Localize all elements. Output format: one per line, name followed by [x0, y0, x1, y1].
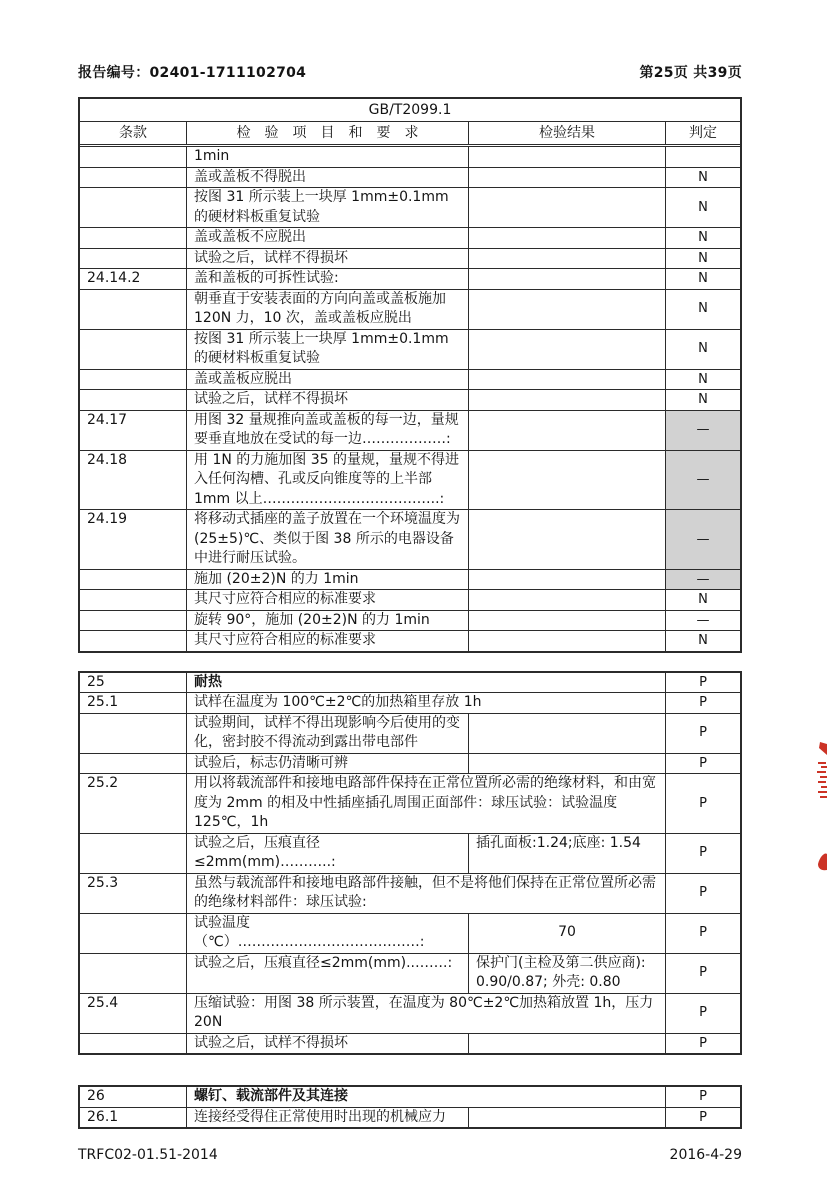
- clause-cell: 25.4: [80, 994, 186, 1033]
- verdict-cell: P: [665, 834, 740, 873]
- table-row: 试验之后，试样不得损坏N: [80, 389, 740, 410]
- table-row: 25.4压缩试验：用图 38 所示装置，在温度为 80℃±2℃加热箱放置 1h，…: [80, 993, 740, 1033]
- clause-cell: [80, 754, 186, 774]
- table-row: 施加 (20±2)N 的力 1min—: [80, 569, 740, 590]
- verdict-cell: P: [665, 954, 740, 993]
- item-cell: 试验后，标志仍清晰可辨: [186, 754, 468, 774]
- clause-cell: 24.14.2: [80, 269, 186, 289]
- verdict-cell: N: [665, 390, 740, 410]
- table-row: 其尺寸应符合相应的标准要求N: [80, 630, 740, 651]
- clause-cell: [80, 290, 186, 329]
- verdict-cell: —: [665, 611, 740, 631]
- result-cell: [468, 269, 665, 289]
- result-cell: [468, 590, 665, 610]
- verdict-cell: —: [665, 411, 740, 450]
- table-row: 按图 31 所示装上一块厚 1mm±0.1mm 的硬材料板重复试验N: [80, 187, 740, 227]
- table-row: 25.1试样在温度为 100℃±2℃的加热箱里存放 1hP: [80, 692, 740, 713]
- result-cell: [468, 188, 665, 227]
- item-cell: 朝垂直于安装表面的方向向盖或盖板施加 120N 力，10 次，盖或盖板应脱出: [186, 290, 468, 329]
- verdict-cell: —: [665, 451, 740, 510]
- item-cell: 试样在温度为 100℃±2℃的加热箱里存放 1h: [186, 693, 665, 713]
- table-row: 24.19将移动式插座的盖子放置在一个环境温度为(25±5)℃、类似于图 38 …: [80, 509, 740, 569]
- clause-cell: 26: [80, 1087, 186, 1107]
- verdict-cell: P: [665, 1087, 740, 1107]
- verdict-cell: N: [665, 370, 740, 390]
- table-row: 试验后，标志仍清晰可辨P: [80, 753, 740, 774]
- result-cell: [468, 1108, 665, 1128]
- clause-cell: [80, 631, 186, 651]
- verdict-cell: —: [665, 510, 740, 569]
- clause-cell: [80, 714, 186, 753]
- item-cell: 用图 32 量规推向盖或盖板的每一边，量规要垂直地放在受试的每一边………………:: [186, 411, 468, 450]
- result-cell: [468, 290, 665, 329]
- clause-cell: [80, 590, 186, 610]
- clause-cell: 25.3: [80, 874, 186, 913]
- report-date: 2016-4-29: [670, 1147, 742, 1163]
- verdict-cell: P: [665, 874, 740, 913]
- verdict-cell: N: [665, 631, 740, 651]
- column-header-clause: 条款: [80, 122, 186, 144]
- item-cell: 盖或盖板应脱出: [186, 370, 468, 390]
- table-row: 旋转 90°，施加 (20±2)N 的力 1min—: [80, 610, 740, 631]
- item-cell: 按图 31 所示装上一块厚 1mm±0.1mm 的硬材料板重复试验: [186, 330, 468, 369]
- clause-cell: 24.17: [80, 411, 186, 450]
- result-cell: [468, 570, 665, 590]
- table-body: 25耐热P25.1试样在温度为 100℃±2℃的加热箱里存放 1hP试验期间，试…: [80, 673, 740, 1054]
- report-number: 报告编号：02401-1711102704: [78, 62, 306, 82]
- verdict-cell: —: [665, 570, 740, 590]
- verdict-cell: N: [665, 228, 740, 248]
- table-row: 25.2用以将载流部件和接地电路部件保持在正常位置所必需的绝缘材料，和由宽度为 …: [80, 773, 740, 833]
- item-cell: 压缩试验：用图 38 所示装置，在温度为 80℃±2℃加热箱放置 1h，压力 2…: [186, 994, 665, 1033]
- clause-cell: 25: [80, 673, 186, 693]
- clause-cell: [80, 168, 186, 188]
- table-row: 试验之后，试样不得损坏P: [80, 1033, 740, 1054]
- clause-cell: 26.1: [80, 1108, 186, 1128]
- verdict-cell: N: [665, 269, 740, 289]
- clause-cell: 25.1: [80, 693, 186, 713]
- result-cell: [468, 631, 665, 651]
- table-row: 1min: [80, 147, 740, 167]
- table-row: 盖或盖板应脱出N: [80, 369, 740, 390]
- item-cell: 试验之后，试样不得损坏: [186, 1034, 468, 1054]
- result-cell: [468, 451, 665, 510]
- clause-cell: [80, 390, 186, 410]
- item-cell: 试验温度（℃）…………………………………:: [186, 914, 468, 953]
- item-cell: 用 1N 的力施加图 35 的量规，量规不得进入任何沟槽、孔或反向锥度等的上半部…: [186, 451, 468, 510]
- result-cell: [468, 249, 665, 269]
- item-cell: 其尺寸应符合相应的标准要求: [186, 631, 468, 651]
- verdict-cell: P: [665, 774, 740, 833]
- verdict-cell: P: [665, 1034, 740, 1054]
- table-row: 其尺寸应符合相应的标准要求N: [80, 589, 740, 610]
- verdict-cell: N: [665, 249, 740, 269]
- clause-cell: [80, 611, 186, 631]
- result-cell: 保护门(主检及第二供应商): 0.90/0.87; 外壳: 0.80: [468, 954, 665, 993]
- table-row: 盖或盖板不得脱出N: [80, 167, 740, 188]
- form-number: TRFC02-01.51-2014: [78, 1147, 218, 1163]
- table-row: 26螺钉、载流部件及其连接P: [80, 1087, 740, 1107]
- verdict-cell: N: [665, 590, 740, 610]
- item-cell: 盖或盖板不得脱出: [186, 168, 468, 188]
- item-cell: 将移动式插座的盖子放置在一个环境温度为(25±5)℃、类似于图 38 所示的电器…: [186, 510, 468, 569]
- item-cell: 盖和盖板的可拆性试验:: [186, 269, 468, 289]
- result-cell: [468, 330, 665, 369]
- item-cell: 试验之后，压痕直径≤2mm(mm)………..:: [186, 834, 468, 873]
- result-cell: [468, 510, 665, 569]
- verdict-cell: P: [665, 994, 740, 1033]
- inspection-table-25: 25耐热P25.1试样在温度为 100℃±2℃的加热箱里存放 1hP试验期间，试…: [78, 671, 742, 1056]
- item-cell: 试验之后，试样不得损坏: [186, 390, 468, 410]
- table-row: 26.1连接经受得住正常使用时出现的机械应力P: [80, 1107, 740, 1128]
- result-cell: [468, 611, 665, 631]
- clause-cell: [80, 954, 186, 993]
- clause-cell: [80, 1034, 186, 1054]
- result-cell: 70: [468, 914, 665, 953]
- page-footer: TRFC02-01.51-2014 2016-4-29: [78, 1147, 742, 1203]
- clause-cell: [80, 370, 186, 390]
- item-cell: 试验之后，试样不得损坏: [186, 249, 468, 269]
- verdict-cell: N: [665, 290, 740, 329]
- table-row: 试验期间，试样不得出现影响今后使用的变化，密封胶不得流动到露出带电部件P: [80, 713, 740, 753]
- clause-cell: 24.19: [80, 510, 186, 569]
- item-cell: 耐热: [186, 673, 665, 693]
- table-row: 试验之后，压痕直径≤2mm(mm)………..:插孔面板:1.24;底座: 1.5…: [80, 833, 740, 873]
- item-cell: 试验期间，试样不得出现影响今后使用的变化，密封胶不得流动到露出带电部件: [186, 714, 468, 753]
- item-cell: 施加 (20±2)N 的力 1min: [186, 570, 468, 590]
- page-header: 报告编号：02401-1711102704 第25页 共39页: [78, 62, 742, 82]
- table-row: 25耐热P: [80, 673, 740, 693]
- verdict-cell: P: [665, 1108, 740, 1128]
- result-cell: [468, 147, 665, 167]
- red-seal-fragment: [811, 742, 827, 887]
- clause-cell: [80, 147, 186, 167]
- result-cell: [468, 411, 665, 450]
- verdict-cell: P: [665, 693, 740, 713]
- verdict-cell: P: [665, 714, 740, 753]
- column-header-verdict: 判定: [665, 122, 740, 144]
- column-header-result: 检验结果: [468, 122, 665, 144]
- clause-cell: [80, 188, 186, 227]
- result-cell: [468, 714, 665, 753]
- item-cell: 按图 31 所示装上一块厚 1mm±0.1mm 的硬材料板重复试验: [186, 188, 468, 227]
- verdict-cell: P: [665, 754, 740, 774]
- table-row: 试验温度（℃）…………………………………:70P: [80, 913, 740, 953]
- item-cell: 用以将载流部件和接地电路部件保持在正常位置所必需的绝缘材料，和由宽度为 2mm …: [186, 774, 665, 833]
- item-cell: 虽然与载流部件和接地电路部件接触，但不是将他们保持在正常位置所必需的绝缘材料部件…: [186, 874, 665, 913]
- report-page: 报告编号：02401-1711102704 第25页 共39页 GB/T2099…: [0, 0, 827, 1203]
- verdict-cell: N: [665, 330, 740, 369]
- inspection-table-24: GB/T2099.1 条款 检 验 项 目 和 要 求 检验结果 判定 1min…: [78, 97, 742, 653]
- table-row: 试验之后，压痕直径≤2mm(mm)..…….:保护门(主检及第二供应商): 0.…: [80, 953, 740, 993]
- table-row: 盖或盖板不应脱出N: [80, 227, 740, 248]
- page-indicator: 第25页 共39页: [639, 62, 742, 82]
- result-cell: [468, 1034, 665, 1054]
- verdict-cell: N: [665, 168, 740, 188]
- result-cell: [468, 228, 665, 248]
- verdict-cell: P: [665, 673, 740, 693]
- table-row: 24.18用 1N 的力施加图 35 的量规，量规不得进入任何沟槽、孔或反向锥度…: [80, 450, 740, 510]
- table-column-headers: 条款 检 验 项 目 和 要 求 检验结果 判定: [80, 122, 740, 144]
- clause-cell: 24.18: [80, 451, 186, 510]
- clause-cell: [80, 834, 186, 873]
- table-body: 26螺钉、载流部件及其连接P26.1连接经受得住正常使用时出现的机械应力P: [80, 1087, 740, 1127]
- clause-cell: [80, 570, 186, 590]
- table-row: 24.14.2盖和盖板的可拆性试验:N: [80, 268, 740, 289]
- result-cell: [468, 370, 665, 390]
- table-row: 按图 31 所示装上一块厚 1mm±0.1mm 的硬材料板重复试验N: [80, 329, 740, 369]
- verdict-cell: P: [665, 914, 740, 953]
- clause-cell: [80, 914, 186, 953]
- result-cell: [468, 168, 665, 188]
- item-cell: 1min: [186, 147, 468, 167]
- table-row: 朝垂直于安装表面的方向向盖或盖板施加 120N 力，10 次，盖或盖板应脱出N: [80, 289, 740, 329]
- item-cell: 试验之后，压痕直径≤2mm(mm)..…….:: [186, 954, 468, 993]
- result-cell: [468, 390, 665, 410]
- table-body: 1min盖或盖板不得脱出N按图 31 所示装上一块厚 1mm±0.1mm 的硬材…: [80, 144, 740, 651]
- item-cell: 其尺寸应符合相应的标准要求: [186, 590, 468, 610]
- item-cell: 盖或盖板不应脱出: [186, 228, 468, 248]
- item-cell: 旋转 90°，施加 (20±2)N 的力 1min: [186, 611, 468, 631]
- standard-title: GB/T2099.1: [80, 99, 740, 122]
- column-header-item: 检 验 项 目 和 要 求: [186, 122, 468, 144]
- item-cell: 连接经受得住正常使用时出现的机械应力: [186, 1108, 468, 1128]
- table-row: 试验之后，试样不得损坏N: [80, 248, 740, 269]
- inspection-table-26: 26螺钉、载流部件及其连接P26.1连接经受得住正常使用时出现的机械应力P: [78, 1085, 742, 1129]
- result-cell: [468, 754, 665, 774]
- verdict-cell: N: [665, 188, 740, 227]
- table-row: 25.3虽然与载流部件和接地电路部件接触，但不是将他们保持在正常位置所必需的绝缘…: [80, 873, 740, 913]
- clause-cell: [80, 228, 186, 248]
- verdict-cell: [665, 147, 740, 167]
- clause-cell: 25.2: [80, 774, 186, 833]
- clause-cell: [80, 330, 186, 369]
- clause-cell: [80, 249, 186, 269]
- table-row: 24.17用图 32 量规推向盖或盖板的每一边，量规要垂直地放在受试的每一边………: [80, 410, 740, 450]
- item-cell: 螺钉、载流部件及其连接: [186, 1087, 665, 1107]
- result-cell: 插孔面板:1.24;底座: 1.54: [468, 834, 665, 873]
